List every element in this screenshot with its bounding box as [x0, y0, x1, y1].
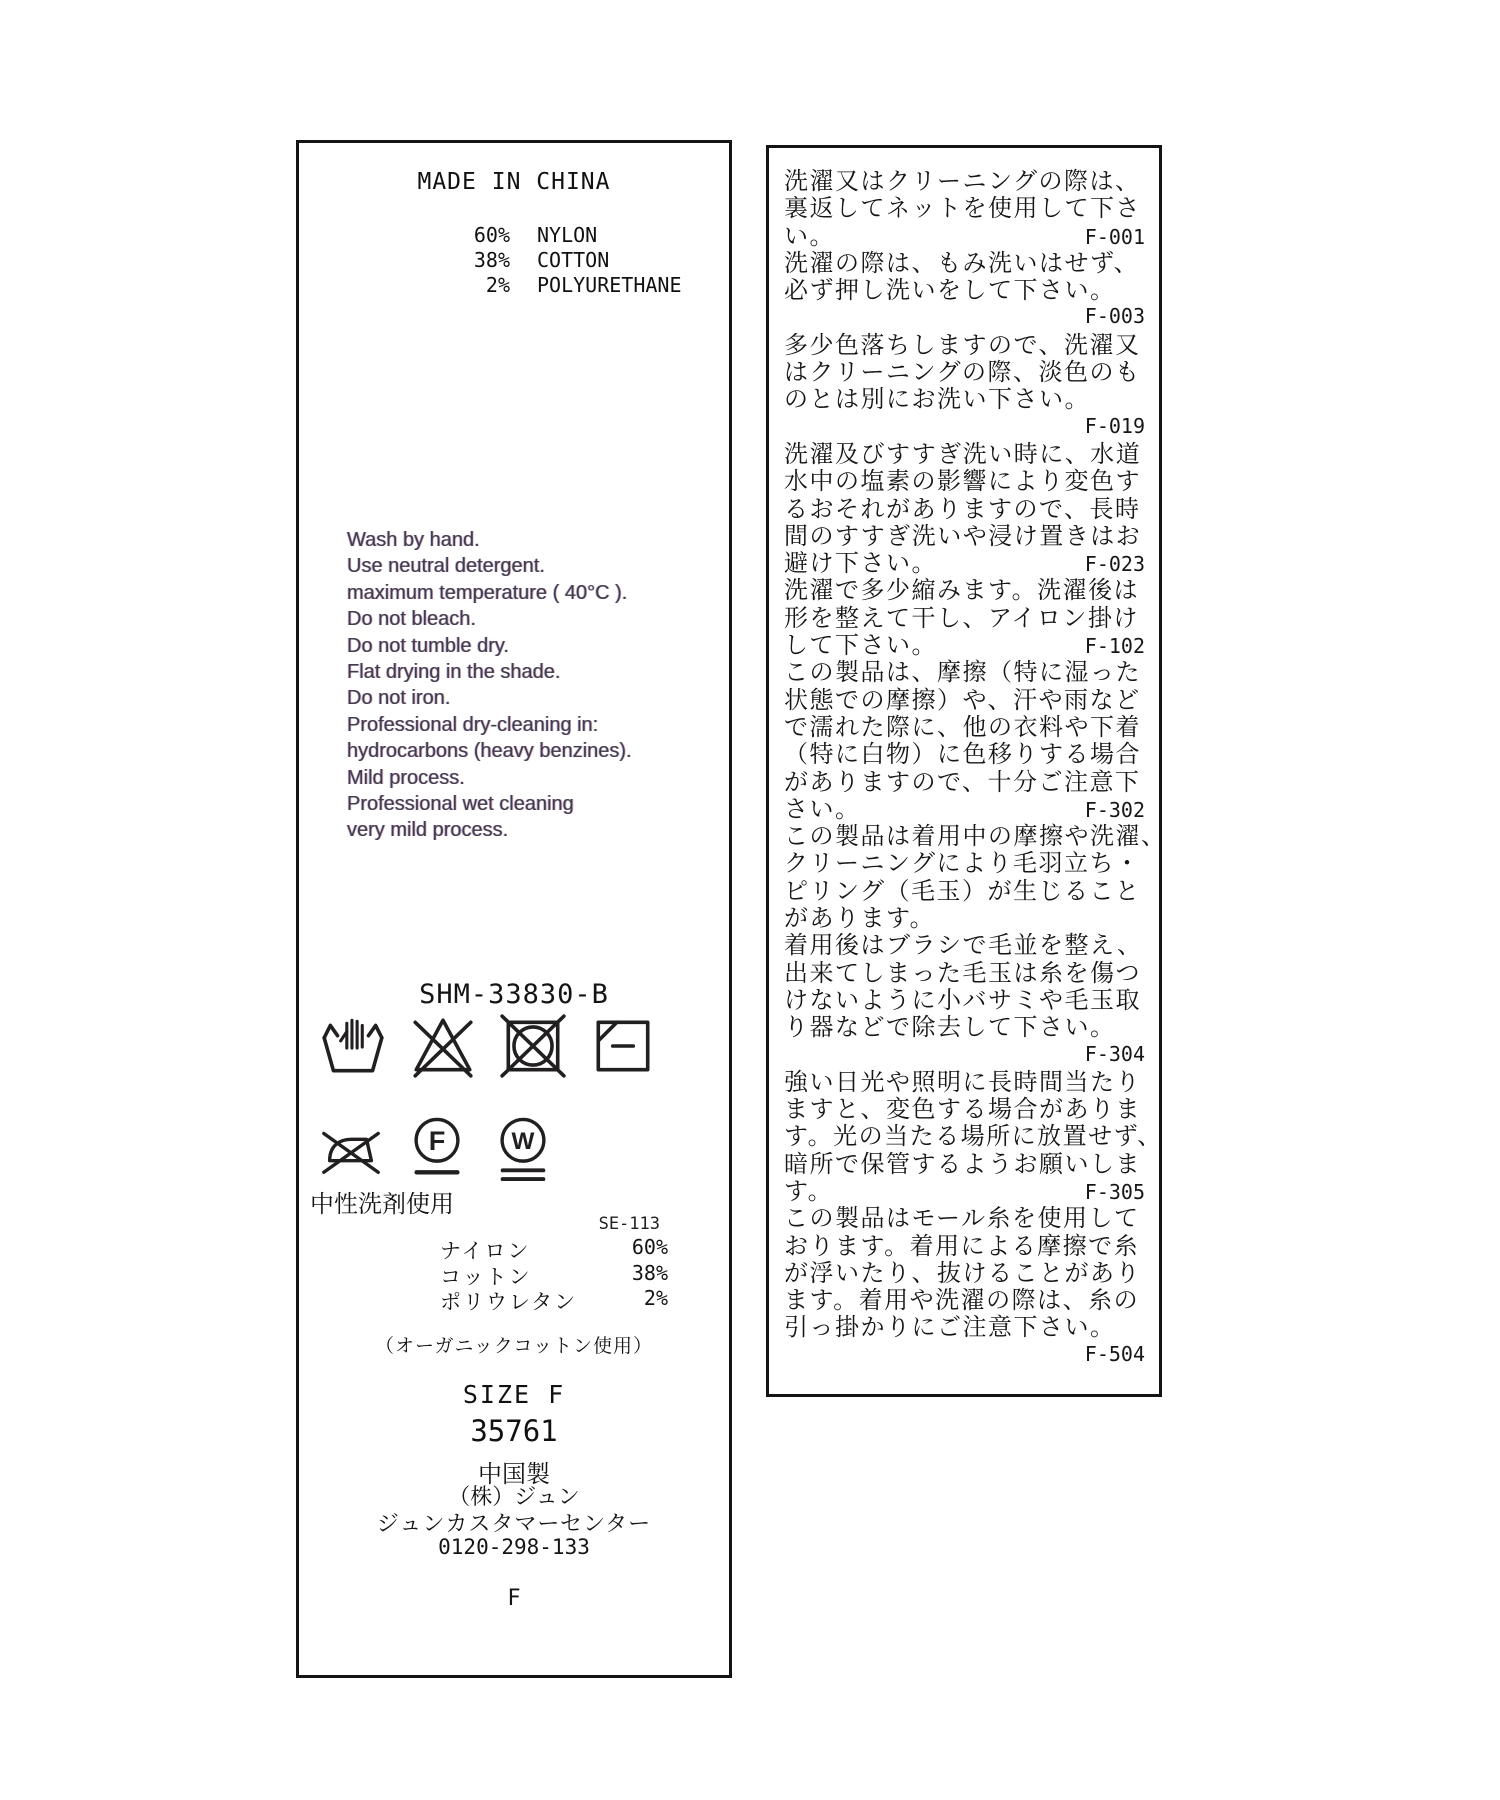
care-note-text: さい。 — [784, 796, 861, 823]
item-number: 35761 — [299, 1414, 729, 1448]
organic-cotton-note: （オーガニックコットン使用） — [299, 1331, 729, 1358]
care-note-line: 多少色落ちしますので、洗濯又 — [784, 332, 1145, 359]
care-note-text: はクリーニングの際、淡色のも — [784, 359, 1141, 386]
care-note-code: F-023 — [1085, 552, 1145, 576]
care-note-text: ピリング（毛玉）が生じること — [784, 878, 1141, 905]
care-note-code: F-019 — [1085, 414, 1145, 438]
care-instruction-line-en: hydrocarbons (heavy benzines). — [347, 738, 719, 764]
fiber-name-en: COTTON — [537, 248, 609, 272]
care-instruction-line-en: Do not iron. — [347, 685, 719, 711]
fiber-row-en: 2%POLYURETHANE — [299, 273, 729, 298]
care-note-code: F-003 — [1085, 304, 1145, 328]
care-note-text: 暗所で保管するようお願いしま — [784, 1151, 1141, 1178]
care-note-text: がありますので、十分ご注意下 — [784, 769, 1141, 796]
care-note-line: ピリング（毛玉）が生じること — [784, 878, 1145, 905]
fiber-list-jp: ナイロン60%コットン38%ポリウレタン2% — [299, 1235, 729, 1312]
care-instruction-line-en: Wash by hand. — [347, 527, 719, 553]
care-instruction-line-en: Professional dry-cleaning in: — [347, 712, 719, 738]
care-note-line: この製品は、摩擦（特に湿った — [784, 659, 1145, 686]
care-note-line: す。F-305 — [784, 1178, 1145, 1205]
care-note-line: 洗濯の際は、もみ洗いはせず、 — [784, 250, 1145, 277]
care-note-text: 避け下さい。 — [784, 550, 937, 577]
fiber-row-jp: ナイロン60% — [299, 1235, 729, 1261]
care-note-text: り器などで除去して下さい。 — [784, 1014, 1116, 1041]
care-note-text: けないように小バサミや毛玉取 — [784, 987, 1141, 1014]
care-note-code: F-001 — [1085, 225, 1145, 249]
care-note-text: ますと、変色する場合がありま — [784, 1096, 1141, 1123]
care-note-line: 暗所で保管するようお願いしま — [784, 1151, 1145, 1178]
care-note-text: のとは別にお洗い下さい。 — [784, 386, 1090, 413]
care-instruction-line-en: Flat drying in the shade. — [347, 659, 719, 685]
care-instruction-line-en: Professional wet cleaning — [347, 791, 719, 817]
care-note-line: 形を整えて干し、アイロン掛け — [784, 605, 1145, 632]
care-note-text: い。 — [784, 223, 835, 250]
care-instruction-line-en: very mild process. — [347, 817, 719, 843]
care-note-code: F-305 — [1085, 1180, 1145, 1204]
care-note-line: クリーニングにより毛羽立ち・ — [784, 850, 1145, 877]
care-note-line: があります。 — [784, 905, 1145, 932]
care-note-line: がありますので、十分ご注意下 — [784, 769, 1145, 796]
customer-center-name: ジュンカスタマーセンター — [299, 1507, 729, 1538]
size-label: SIZE F — [299, 1380, 729, 1409]
care-note-text: 必ず押し洗いをして下さい。 — [784, 277, 1116, 304]
care-note-text: 引っ掛かりにご注意下さい。 — [784, 1314, 1116, 1341]
care-note-line: して下さい。F-102 — [784, 632, 1145, 659]
care-note-line: ます。着用や洗濯の際は、糸の — [784, 1287, 1145, 1314]
care-note-text: 間のすすぎ洗いや浸け置きはお — [784, 523, 1141, 550]
hand-wash-icon — [318, 1012, 388, 1080]
care-note-text: で濡れた際に、他の衣料や下着 — [784, 714, 1141, 741]
care-note-lines: 洗濯又はクリーニングの際は、裏返してネットを使用して下さい。F-001洗濯の際は… — [784, 168, 1145, 1369]
fiber-percent-jp: 38% — [299, 1261, 668, 1285]
care-note-code: F-304 — [1085, 1042, 1145, 1066]
care-note-text: るおそれがありますので、長時 — [784, 496, 1141, 523]
care-note-line: い。F-001 — [784, 223, 1145, 250]
fiber-percent-jp: 2% — [299, 1286, 668, 1310]
care-note-line: 強い日光や照明に長時間当たり — [784, 1069, 1145, 1096]
care-note-line: F-003 — [784, 304, 1145, 331]
care-note-line: この製品は着用中の摩擦や洗濯、 — [784, 823, 1145, 850]
care-note-line: で濡れた際に、他の衣料や下着 — [784, 714, 1145, 741]
care-note-line: F-304 — [784, 1042, 1145, 1069]
care-note-line: 裏返してネットを使用して下さ — [784, 195, 1145, 222]
care-note-code: F-504 — [1085, 1342, 1145, 1366]
care-note-text: 出来てしまった毛玉は糸を傷つ — [784, 960, 1141, 987]
made-in-label: MADE IN CHINA — [299, 169, 729, 195]
customer-center-phone: 0120-298-133 — [299, 1535, 729, 1559]
wet-clean-W-very-mild-icon — [490, 1110, 556, 1188]
care-note-code: F-102 — [1085, 634, 1145, 658]
do-not-iron-icon — [318, 1110, 384, 1188]
care-note-text: 多少色落ちしますので、洗濯又 — [784, 332, 1141, 359]
fiber-row-jp: ポリウレタン2% — [299, 1286, 729, 1312]
care-instruction-line-en: Do not bleach. — [347, 606, 719, 632]
care-note-line: この製品はモール糸を使用して — [784, 1205, 1145, 1232]
care-note-line: 水中の塩素の影響により変色す — [784, 468, 1145, 495]
do-not-bleach-icon — [408, 1012, 478, 1080]
care-note-line: はクリーニングの際、淡色のも — [784, 359, 1145, 386]
care-note-line: F-019 — [784, 414, 1145, 441]
care-symbols-row-2 — [318, 1110, 556, 1188]
care-note-text: 洗濯の際は、もみ洗いはせず、 — [784, 250, 1139, 277]
care-note-text: して下さい。 — [784, 632, 937, 659]
dry-clean-F-mild-icon — [404, 1110, 470, 1188]
care-note-text: クリーニングにより毛羽立ち・ — [784, 850, 1141, 877]
do-not-tumble-dry-icon — [498, 1012, 568, 1080]
fiber-percent-en: 60% — [299, 223, 510, 247]
care-note-line: り器などで除去して下さい。 — [784, 1014, 1145, 1041]
care-note-text: す。光の当たる場所に放置せず、 — [784, 1123, 1163, 1150]
care-note-text: この製品はモール糸を使用して — [784, 1205, 1140, 1232]
care-note-text: （特に白物）に色移りする場合 — [784, 741, 1141, 768]
fiber-percent-jp: 60% — [299, 1235, 668, 1259]
care-notes-panel: 洗濯又はクリーニングの際は、裏返してネットを使用して下さい。F-001洗濯の際は… — [766, 145, 1162, 1397]
care-note-text: おります。着用による摩擦で糸 — [784, 1233, 1139, 1260]
care-note-text: 裏返してネットを使用して下さ — [784, 195, 1141, 222]
product-code: SHM-33830-B — [299, 979, 729, 1010]
care-note-line: のとは別にお洗い下さい。 — [784, 386, 1145, 413]
care-note-line: 洗濯又はクリーニングの際は、 — [784, 168, 1145, 195]
care-note-line: が浮いたり、抜けることがあり — [784, 1260, 1145, 1287]
care-note-text: ます。着用や洗濯の際は、糸の — [784, 1287, 1139, 1314]
fiber-list-en: 60%NYLON38%COTTON2%POLYURETHANE — [299, 223, 729, 298]
care-note-text: 洗濯又はクリーニングの際は、 — [784, 168, 1141, 195]
care-note-text: 形を整えて干し、アイロン掛け — [784, 605, 1139, 632]
se-code: SE-113 — [299, 1214, 660, 1234]
care-instruction-line-en: Use neutral detergent. — [347, 553, 719, 579]
care-note-line: 避け下さい。F-023 — [784, 550, 1145, 577]
fiber-row-jp: コットン38% — [299, 1261, 729, 1287]
care-note-text: が浮いたり、抜けることがあり — [784, 1260, 1141, 1287]
care-note-line: 状態での摩擦）や、汗や雨など — [784, 687, 1145, 714]
care-note-line: 洗濯及びすすぎ洗い時に、水道 — [784, 441, 1145, 468]
fiber-name-en: POLYURETHANE — [537, 273, 682, 297]
care-note-text: この製品は、摩擦（特に湿った — [784, 659, 1141, 686]
care-note-line: 間のすすぎ洗いや浸け置きはお — [784, 523, 1145, 550]
care-symbols-row-1 — [318, 1012, 658, 1080]
care-note-line: （特に白物）に色移りする場合 — [784, 741, 1145, 768]
fiber-percent-en: 2% — [299, 273, 510, 297]
care-note-line: F-504 — [784, 1342, 1145, 1369]
footer-size-mark: F — [299, 1586, 729, 1611]
fiber-row-en: 60%NYLON — [299, 223, 729, 248]
care-note-text: 水中の塩素の影響により変色す — [784, 468, 1141, 495]
care-note-text: 洗濯及びすすぎ洗い時に、水道 — [784, 441, 1141, 468]
flat-dry-in-shade-icon — [588, 1012, 658, 1080]
care-note-code: F-302 — [1085, 798, 1145, 822]
care-note-line: おります。着用による摩擦で糸 — [784, 1233, 1145, 1260]
care-note-line: 出来てしまった毛玉は糸を傷つ — [784, 960, 1145, 987]
care-note-line: 引っ掛かりにご注意下さい。 — [784, 1314, 1145, 1341]
care-note-line: 必ず押し洗いをして下さい。 — [784, 277, 1145, 304]
care-note-text: す。 — [784, 1178, 833, 1205]
fiber-name-en: NYLON — [537, 223, 597, 247]
care-instruction-line-en: Do not tumble dry. — [347, 633, 719, 659]
care-note-line: す。光の当たる場所に放置せず、 — [784, 1123, 1145, 1150]
care-note-text: 強い日光や照明に長時間当たり — [784, 1069, 1141, 1096]
care-note-text: があります。 — [784, 905, 935, 932]
composition-label-panel: MADE IN CHINA 60%NYLON38%COTTON2%POLYURE… — [296, 140, 732, 1678]
care-note-line: るおそれがありますので、長時 — [784, 496, 1145, 523]
care-instruction-line-en: maximum temperature ( 40°C ). — [347, 580, 719, 606]
care-note-text: この製品は着用中の摩擦や洗濯、 — [784, 823, 1167, 850]
fiber-row-en: 38%COTTON — [299, 248, 729, 273]
fiber-percent-en: 38% — [299, 248, 510, 272]
care-note-line: ますと、変色する場合がありま — [784, 1096, 1145, 1123]
care-note-line: けないように小バサミや毛玉取 — [784, 987, 1145, 1014]
care-note-line: 着用後はブラシで毛並を整え、 — [784, 932, 1145, 959]
care-note-line: さい。F-302 — [784, 796, 1145, 823]
care-instruction-line-en: Mild process. — [347, 765, 719, 791]
care-note-text: 状態での摩擦）や、汗や雨など — [784, 687, 1141, 714]
care-instructions-en: Wash by hand.Use neutral detergent.maxim… — [347, 527, 719, 844]
care-note-text: 洗濯で多少縮みます。洗濯後は — [784, 577, 1139, 604]
care-label-scan: { "left_panel": { "header": "MADE IN CHI… — [0, 0, 1500, 1800]
care-note-line: 洗濯で多少縮みます。洗濯後は — [784, 577, 1145, 604]
care-note-text: 着用後はブラシで毛並を整え、 — [784, 932, 1142, 959]
